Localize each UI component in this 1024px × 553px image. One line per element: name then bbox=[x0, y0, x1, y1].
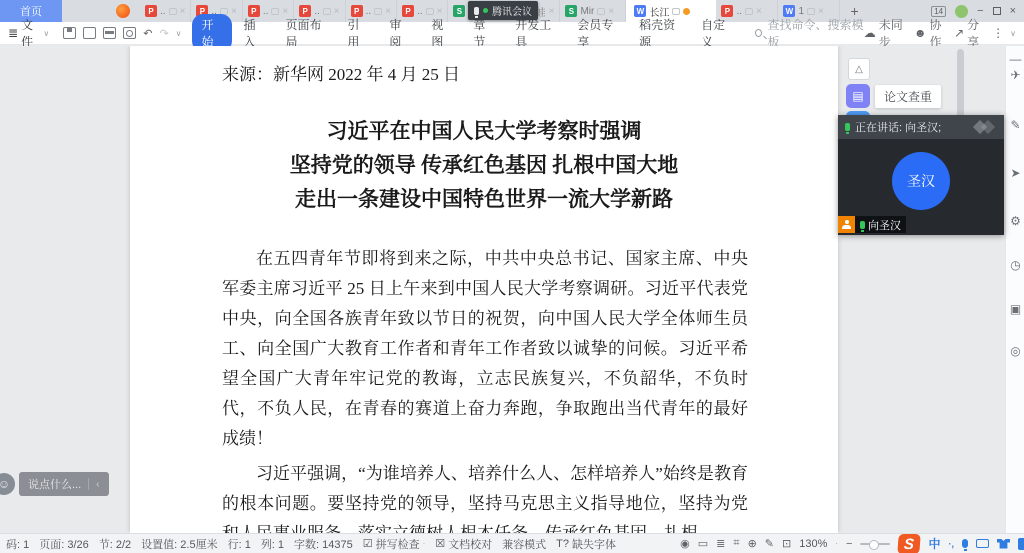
history-clock-icon[interactable]: ◷ bbox=[1006, 258, 1024, 272]
collaborate-button[interactable]: ☻协作 bbox=[914, 16, 948, 50]
zoom-slider[interactable] bbox=[860, 543, 890, 545]
collapse-dash-icon[interactable]: — bbox=[1006, 52, 1024, 66]
tencent-meeting-panel[interactable]: 正在讲话: 向圣汉; 圣汉 向圣汉 bbox=[838, 115, 1004, 235]
host-badge-icon bbox=[838, 216, 855, 233]
eye-protect-icon[interactable]: ◉ bbox=[680, 537, 690, 550]
participant-avatar: 圣汉 bbox=[892, 152, 950, 210]
pdf-doc-icon: P bbox=[145, 5, 157, 17]
mic-icon bbox=[845, 123, 850, 131]
margin-setting[interactable]: 设置值: 2.5厘米 bbox=[141, 536, 217, 552]
document-page[interactable]: 来源：新华网 2022 年 4 月 25 日 习近平在中国人民大学考察时强调 坚… bbox=[130, 46, 838, 533]
sync-status-button[interactable]: ☁未同步 bbox=[864, 16, 908, 50]
pen-annotate-icon[interactable]: ✎ bbox=[765, 537, 774, 550]
hamburger-icon: ≣ bbox=[8, 26, 18, 40]
document-title: 习近平在中国人民大学考察时强调 坚持党的领导 传承红色基因 扎根中国大地 走出一… bbox=[130, 114, 838, 216]
speaking-status: 正在讲话: 向圣汉; bbox=[855, 119, 941, 135]
collapse-toolbar-button[interactable]: △ bbox=[848, 58, 870, 80]
status-right: ◉ ▭ ≣ ⌗ ⊕ ✎ ⊡ 130% · − S 中 ·, bbox=[680, 534, 1018, 553]
tab-close-icon[interactable]: × bbox=[756, 6, 762, 17]
paper-check-icon: ▤ bbox=[846, 84, 870, 108]
audio-active-dot-icon bbox=[483, 8, 488, 13]
quick-access-toolbar: ↶ ↷ ∨ bbox=[57, 27, 187, 40]
share-icon: ↗ bbox=[954, 26, 964, 40]
paper-check-tool[interactable]: ▤ 论文查重 bbox=[846, 84, 941, 108]
compat-mode-label[interactable]: 兼容模式 bbox=[502, 536, 546, 552]
customize-toolbar-chevron-icon[interactable]: ∨ bbox=[176, 29, 182, 38]
export-button[interactable] bbox=[83, 27, 96, 39]
document-body: 在五四青年节即将到来之际，中共中央总书记、国家主席、中央军委主席习近平 25 日… bbox=[222, 244, 748, 533]
checkbox-checked-icon: ☑ bbox=[363, 537, 373, 550]
print-button[interactable] bbox=[103, 27, 116, 39]
wps-window: 首页 P .. × P .. × P .. × P .. × P .. bbox=[0, 0, 1024, 553]
comment-bubble-icon bbox=[807, 8, 815, 15]
location-pin-icon[interactable]: ◎ bbox=[1006, 344, 1024, 358]
more-options-icon[interactable]: ⋮ bbox=[992, 26, 1004, 40]
collapse-left-icon[interactable]: ‹ bbox=[96, 479, 99, 490]
meeting-header: 正在讲话: 向圣汉; bbox=[838, 115, 1004, 139]
page-count[interactable]: 页面: 3/26 bbox=[39, 536, 89, 552]
search-icon bbox=[755, 29, 762, 37]
settings-slider-icon[interactable]: ⚙ bbox=[1006, 214, 1024, 228]
ribbon-right-actions: ☁未同步 ☻协作 ↗分享 ⋮ ∨ bbox=[864, 16, 1024, 50]
ime-skin-icon[interactable] bbox=[997, 539, 1010, 549]
fit-page-icon[interactable]: ⊡ bbox=[782, 537, 791, 550]
status-left: 码: 1 页面: 3/26 节: 2/2 设置值: 2.5厘米 行: 1 列: … bbox=[6, 536, 616, 552]
edit-pen-icon[interactable]: ✎ bbox=[1006, 118, 1024, 132]
meeting-mini-window[interactable]: 腾讯会议 bbox=[468, 1, 538, 20]
spell-check-toggle[interactable]: ☑拼写检查· bbox=[363, 536, 426, 552]
meeting-comment-widget: ☺ 说点什么... ‹ bbox=[0, 472, 109, 496]
toolbox-icon[interactable] bbox=[1018, 538, 1024, 550]
ime-language-mode[interactable]: 中 bbox=[928, 535, 940, 552]
ime-punctuation-mode[interactable]: ·, bbox=[949, 539, 955, 549]
checkbox-x-icon: ☒ bbox=[435, 537, 445, 550]
mic-icon bbox=[474, 7, 479, 15]
outline-view-icon[interactable]: ≣ bbox=[716, 537, 725, 550]
zoom-out-button[interactable]: − bbox=[846, 538, 852, 550]
paragraph: 习近平强调，“为谁培养人、培养什么人、怎样培养人”始终是教育的根本问题。要坚持党… bbox=[222, 459, 748, 533]
file-menu[interactable]: ≣ 文件 ∨ bbox=[0, 16, 57, 50]
voice-input-icon[interactable] bbox=[962, 539, 968, 548]
quick-send-icon[interactable]: ✈ bbox=[1006, 68, 1024, 82]
share-button[interactable]: ↗分享 bbox=[954, 16, 986, 50]
redo-button[interactable]: ↷ bbox=[159, 27, 168, 40]
maximize-button[interactable] bbox=[993, 7, 1001, 15]
sogou-ime-icon[interactable]: S bbox=[898, 534, 921, 553]
ribbon-bar: ≣ 文件 ∨ ↶ ↷ ∨ 开始 插入 页面布局 引用 审阅 视图 章节 开发工具… bbox=[0, 22, 1024, 45]
chevron-down-icon: ∨ bbox=[43, 29, 49, 38]
print-preview-button[interactable] bbox=[123, 27, 136, 39]
emoji-avatar-icon[interactable]: ☺ bbox=[0, 473, 15, 495]
title-line: 习近平在中国人民大学考察时强调 bbox=[130, 114, 838, 148]
window-layout-icon[interactable]: 14 bbox=[931, 6, 946, 17]
collapse-ribbon-icon[interactable]: ∨ bbox=[1010, 29, 1016, 38]
right-tool-sidebar: — ✈ ✎ ➤ ⚙ ◷ ▣ ◎ bbox=[1005, 46, 1024, 533]
participant-name: 向圣汉 bbox=[855, 216, 906, 233]
tab-close-icon[interactable]: × bbox=[818, 6, 824, 17]
proofread-toggle[interactable]: ☒文档校对 bbox=[435, 536, 492, 552]
person-icon: ☻ bbox=[914, 26, 927, 40]
soft-keyboard-icon[interactable] bbox=[976, 539, 989, 548]
missing-font-icon: T? bbox=[556, 538, 569, 550]
launcher-icon[interactable] bbox=[116, 4, 130, 18]
page-number: 码: 1 bbox=[6, 536, 29, 552]
column-number: 列: 1 bbox=[261, 536, 284, 552]
web-view-icon[interactable]: ⊕ bbox=[748, 537, 757, 550]
save-button[interactable] bbox=[63, 27, 76, 39]
comment-input[interactable]: 说点什么... ‹ bbox=[19, 472, 109, 496]
page-view-icon[interactable]: ▭ bbox=[698, 537, 708, 550]
read-mode-icon[interactable]: ⌗ bbox=[733, 537, 739, 550]
person-icon bbox=[842, 220, 851, 229]
section-count[interactable]: 节: 2/2 bbox=[99, 536, 131, 552]
command-search-input[interactable]: 查找命令、搜索模板 bbox=[755, 16, 864, 50]
comment-bubble-icon bbox=[169, 8, 177, 15]
title-line: 走出一条建设中国特色世界一流大学新路 bbox=[130, 182, 838, 216]
participant-tag: 向圣汉 bbox=[838, 216, 906, 233]
tab-pdf-document[interactable]: P .. × bbox=[140, 0, 191, 22]
line-number: 行: 1 bbox=[228, 536, 251, 552]
paper-check-label: 论文查重 bbox=[875, 85, 941, 108]
cursor-select-icon[interactable]: ➤ bbox=[1006, 166, 1024, 180]
paragraph: 在五四青年节即将到来之际，中共中央总书记、国家主席、中央军委主席习近平 25 日… bbox=[222, 244, 748, 454]
mic-icon bbox=[860, 221, 865, 229]
zoom-level[interactable]: 130% bbox=[799, 538, 827, 550]
divider bbox=[88, 478, 89, 490]
meeting-logo-icon bbox=[971, 120, 997, 134]
cloud-icon: ☁ bbox=[864, 26, 876, 40]
assistant-card-icon[interactable]: ▣ bbox=[1006, 302, 1024, 316]
undo-button[interactable]: ↶ bbox=[143, 27, 152, 40]
comment-bubble-icon bbox=[745, 8, 753, 15]
status-bar: 码: 1 页面: 3/26 节: 2/2 设置值: 2.5厘米 行: 1 列: … bbox=[0, 533, 1024, 553]
source-line: 来源：新华网 2022 年 4 月 25 日 bbox=[222, 60, 746, 85]
word-count[interactable]: 字数: 14375 bbox=[294, 536, 353, 552]
title-line: 坚持党的领导 传承红色基因 扎根中国大地 bbox=[130, 148, 838, 182]
meeting-video-area[interactable]: 圣汉 向圣汉 bbox=[838, 139, 1004, 235]
tab-close-icon[interactable]: × bbox=[180, 6, 186, 17]
missing-font-button[interactable]: T?缺失字体 bbox=[556, 536, 616, 552]
